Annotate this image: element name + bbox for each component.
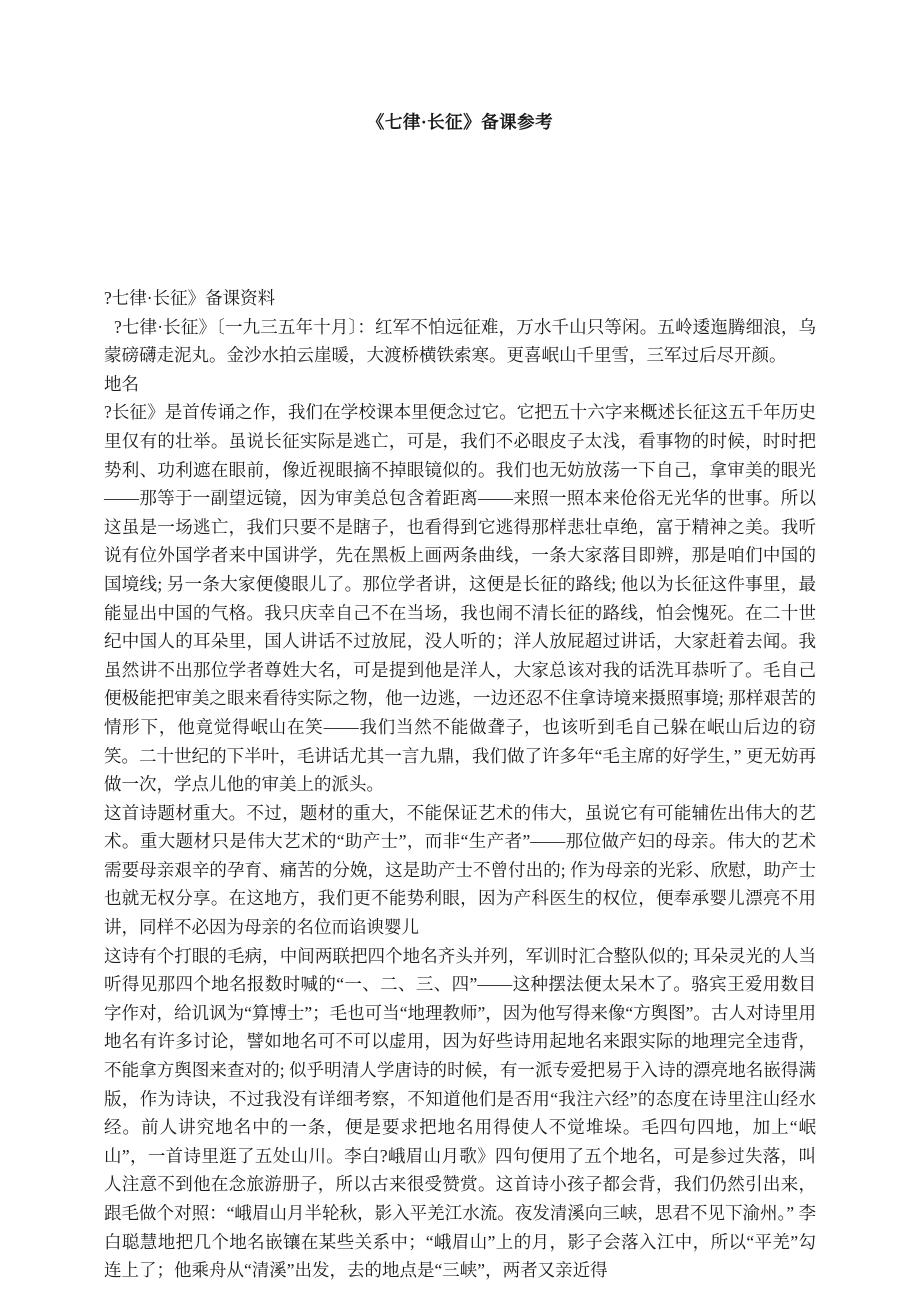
paragraph-section-heading-placenames: 地名 [104,370,816,399]
paragraph-essay-2: 这首诗题材重大。不过，题材的重大，不能保证艺术的伟大，虽说它有可能辅佐出伟大的艺… [104,799,816,942]
paragraph-essay-1: ?长征》是首传诵之作，我们在学校课本里便念过它。它把五十六字来概述长征这五千年历… [104,398,816,798]
document-title: 《七律·长征》备课参考 [0,0,920,133]
document-page: 《七律·长征》备课参考 ?七律·长征》备课资料 ?七律·长征》〔一九三五年十月〕… [0,0,920,1302]
paragraph-heading-material: ?七律·长征》备课资料 [104,284,816,313]
document-body: ?七律·长征》备课资料 ?七律·长征》〔一九三五年十月〕：红军不怕远征难，万水千… [104,284,816,1285]
paragraph-essay-3: 这诗有个打眼的毛病，中间两联把四个地名齐头并列，军训时汇合整队似的; 耳朵灵光的… [104,942,816,1285]
paragraph-poem-text: ?七律·长征》〔一九三五年十月〕：红军不怕远征难，万水千山只等闲。五岭逶迤腾细浪… [104,313,816,370]
